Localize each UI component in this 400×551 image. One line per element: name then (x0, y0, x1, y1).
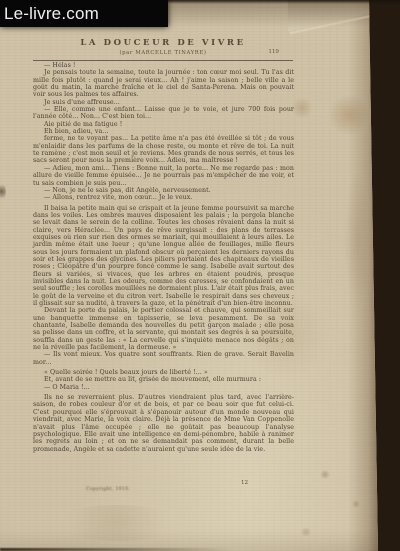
page-number: 119 (268, 49, 279, 55)
paragraph: — Allons, rentrez vite, mon cœur... Je l… (33, 194, 294, 201)
byline: (par MARCELLE TINAYRE) (33, 50, 293, 56)
paper-stain (52, 505, 182, 541)
scanned-page: LA DOUCEUR DE VIVRE (par MARCELLE TINAYR… (0, 0, 400, 551)
paragraph: Devant la porte du palais, le portier co… (33, 307, 294, 351)
paper-stain (320, 470, 330, 479)
paragraph: Ils ne se reverraient plus. D'autres vie… (33, 394, 294, 453)
paragraph: — Elle, comme une enfant... Laisse que j… (33, 106, 294, 121)
watermark-label: Le-livre.com (0, 4, 99, 24)
paragraph: Je pensais toute la semaine, toute la jo… (33, 69, 294, 98)
paragraph: « Quelle soirée ! Quels beaux jours de l… (33, 369, 294, 376)
page-corner-fold (288, 0, 372, 33)
page-corner-fold-crease (290, 14, 376, 34)
paragraph: — Ils vont mieux. Vos quatre sont souffr… (33, 351, 294, 366)
paragraph: Aie pitié de ma fatigue ! (33, 121, 294, 128)
paper-stain (344, 170, 370, 310)
page-title: LA DOUCEUR DE VIVRE (33, 38, 293, 48)
paragraph: — Non, je ne le sais pas, dit Angèle, ne… (33, 187, 294, 194)
page-right-edge-shadow (348, 0, 380, 551)
paragraph: Il baisa la petite main qui se crispait … (33, 205, 294, 308)
paragraph: ferme, ne te voyant pas... La petite âme… (33, 135, 294, 164)
scanned-book-photo: LA DOUCEUR DE VIVRE (par MARCELLE TINAYR… (0, 0, 400, 551)
footer-note: Copyright, 1910. (86, 487, 130, 492)
paragraph: — Hélas ! (33, 62, 294, 69)
paragraph: Et, avant de se mettre au lit, grisée de… (33, 376, 294, 383)
paragraph: — O Maria !... (33, 384, 294, 391)
page-edge-smudge (0, 183, 6, 200)
watermark-banner: Le-livre.com (0, 0, 168, 27)
paper-stain (328, 94, 370, 136)
paper-stain (300, 528, 312, 536)
paper-stain (352, 500, 360, 508)
header-rule (33, 60, 293, 61)
text-column: — Hélas !Je pensais toute la semaine, to… (33, 62, 294, 453)
paragraph: — Adieu, mon ami... Tiens : Bonne nuit, … (33, 165, 294, 187)
paragraph: Eh bien, adieu, va... (33, 128, 294, 135)
signature-mark: 12 (241, 480, 248, 486)
paragraph: Je suis d'une affreuse... (33, 99, 294, 106)
